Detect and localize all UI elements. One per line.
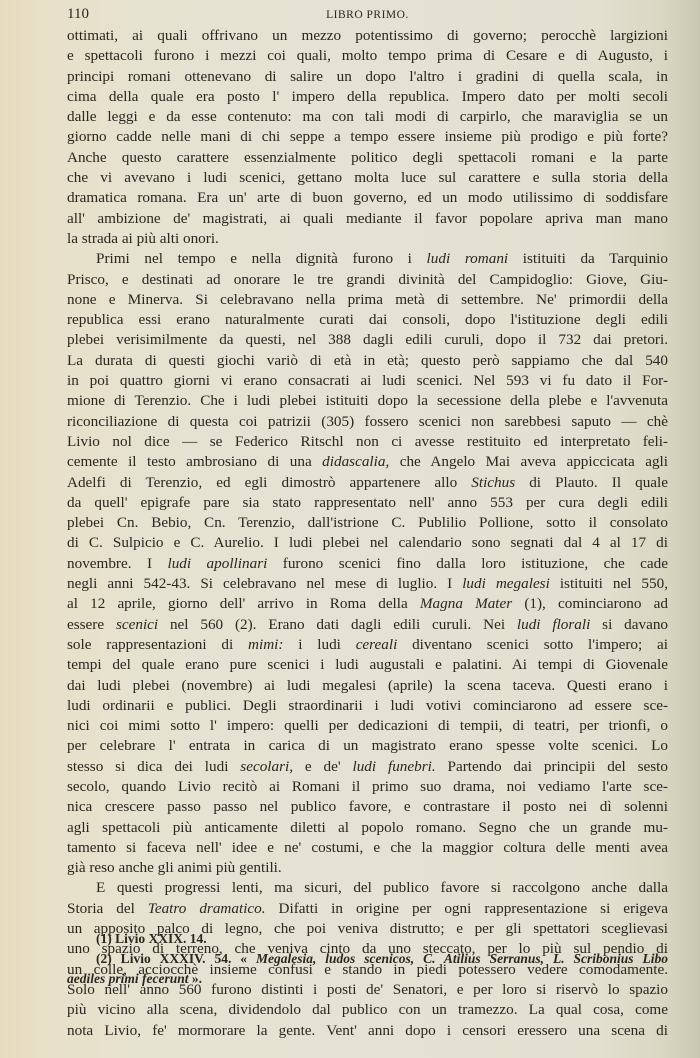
text-segment: , che Angelo Mai aveva appiccicata agli	[385, 453, 668, 470]
text-line: agli spettacoli più anticamente diletti …	[67, 818, 668, 838]
italic-text: cereali	[356, 636, 398, 653]
text-segment: cima della quale era posto l' impero del…	[67, 88, 668, 105]
text-segment: La durata di questi giochi variò di età …	[67, 352, 668, 369]
text-segment: per celebrare l' entrata in carica di un…	[67, 737, 668, 754]
text-segment: Prisco, e destinati ad onorare le tre gr…	[67, 271, 668, 288]
text-line: negli anni 542-43. Si celebravano nel me…	[67, 574, 668, 594]
text-segment: ottimati, ai quali offrivano un mezzo po…	[67, 27, 668, 44]
text-segment: Livio nol dice — se Federico Ritschl non…	[67, 433, 668, 450]
text-line: sole rappresentazioni di mimi: i ludi ce…	[67, 635, 668, 655]
text-segment: (1) Livio XXIX. 14.	[96, 931, 207, 946]
italic-text: ludi romani	[427, 250, 509, 267]
text-line: Adelfi di Terenzio, ed egli dimostrò app…	[67, 473, 668, 493]
text-line: giorno cadde nelle mani di chi seppe a t…	[67, 127, 668, 147]
text-segment: istituiti da Tarquinio	[508, 250, 668, 267]
footnotes: (1) Livio XXIX. 14.(2) Livio XXXIV. 54. …	[67, 929, 668, 989]
italic-text: aediles primi fecerunt	[67, 971, 189, 986]
running-title: LIBRO PRIMO.	[67, 9, 668, 21]
text-segment: si davano	[590, 616, 668, 633]
text-line: tempi del quale erano pure scenici i lud…	[67, 655, 668, 675]
text-line: cima della quale era posto l' impero del…	[67, 87, 668, 107]
italic-text: Stichus	[471, 474, 515, 491]
italic-text: Teatro dramatico.	[148, 900, 266, 917]
text-segment: principi romani ottenevano di salire un …	[67, 68, 668, 85]
text-segment: in poi quattro giorni vi erano consacrat…	[67, 372, 668, 389]
italic-text: scenici	[116, 616, 158, 633]
text-segment: i ludi	[283, 636, 355, 653]
text-segment: Storia del	[67, 900, 148, 917]
text-segment: di C. Sulpicio e C. Aurelio. I ludi pleb…	[67, 534, 668, 551]
body-text: ottimati, ai quali offrivano un mezzo po…	[67, 26, 668, 1041]
text-line: riconciliazione di questa coi patrizii (…	[67, 412, 668, 432]
text-segment: republica essi erano naturalmente curati…	[67, 311, 668, 328]
text-line: secolo, quando Livio recitò ai Romani il…	[67, 777, 668, 797]
text-segment: tamento si faceva nell' idee e ne' costu…	[67, 839, 668, 856]
italic-text: Megalesia, ludos scenicos, C. Atilius Se…	[256, 951, 668, 966]
text-segment: nici coi mimi sotto l' impero: quelli pe…	[67, 717, 668, 734]
text-line: stesso si dica dei ludi secolari, e de' …	[67, 757, 668, 777]
italic-text: didascalia	[322, 453, 385, 470]
text-line: Prisco, e destinati ad onorare le tre gr…	[67, 270, 668, 290]
text-segment: plebei verisimilmente da questi, nel 388…	[67, 331, 668, 348]
text-segment: di Plauto. Il quale	[515, 474, 668, 491]
text-segment: negli anni 542-43. Si celebravano nel me…	[67, 575, 462, 592]
text-line: mione di Terenzio. Che i ludi plebei ist…	[67, 391, 668, 411]
italic-text: ludi funebri.	[352, 758, 435, 775]
italic-text: ludi apollinari	[167, 555, 267, 572]
text-segment: dalle leggi e da esse contenuto: ma con …	[67, 108, 668, 125]
text-segment: ludi ordinarii e publici. Degli straordi…	[67, 697, 668, 714]
text-line: nici coi mimi sotto l' impero: quelli pe…	[67, 716, 668, 736]
text-segment: all' ambizione de' magistrati, ai quali …	[67, 210, 668, 227]
text-line: plebei Cn. Bebio, Cn. Terenzio, dall'ist…	[67, 513, 668, 533]
text-segment: ».	[189, 971, 203, 986]
text-segment: Difatti in origine per ogni rappresentaz…	[266, 900, 668, 917]
text-line: già reso anche gli animi più gentili.	[67, 858, 668, 878]
text-line: tamento si faceva nell' idee e ne' costu…	[67, 838, 668, 858]
text-segment: dai ludi plebei (novembre) ai ludi megal…	[67, 677, 668, 694]
text-segment: (1), cominciarono ad	[512, 595, 668, 612]
text-segment: Adelfi di Terenzio, ed egli dimostrò app…	[67, 474, 471, 491]
text-line: ludi ordinarii e publici. Degli straordi…	[67, 696, 668, 716]
text-segment: più vicino alla scena, dividendolo dal p…	[67, 1001, 668, 1018]
text-segment: tempi del quale erano pure scenici i lud…	[67, 656, 668, 673]
text-line: cemente il testo ambrosiano di una didas…	[67, 452, 668, 472]
text-segment: al 12 aprile, giorno dell' arrivo in Rom…	[67, 595, 420, 612]
text-line: Anche questo carattere essenzialmente po…	[67, 148, 668, 168]
text-line: Primi nel tempo e nella dignità furono i…	[67, 249, 668, 269]
text-line: per celebrare l' entrata in carica di un…	[67, 736, 668, 756]
text-line: e spettacoli furono i mezzi coi quali, m…	[67, 46, 668, 66]
text-line: nica crescere passo passo nel publico fa…	[67, 797, 668, 817]
text-segment: essere	[67, 616, 116, 633]
text-segment: E questi progressi lenti, ma sicuri, del…	[96, 879, 668, 896]
text-segment: che vi avevano i ludi scenici, gettano m…	[67, 169, 668, 186]
text-line: di C. Sulpicio e C. Aurelio. I ludi pleb…	[67, 533, 668, 553]
text-segment: nota Livio, fe' mormorare la gente. Vent…	[67, 1022, 668, 1039]
text-line: Livio nol dice — se Federico Ritschl non…	[67, 432, 668, 452]
text-line: ottimati, ai quali offrivano un mezzo po…	[67, 26, 668, 46]
text-line: dai ludi plebei (novembre) ai ludi megal…	[67, 676, 668, 696]
text-segment: istituiti nel 550,	[550, 575, 668, 592]
text-segment: la strada ai più alti onori.	[67, 230, 219, 247]
text-segment: furono scenici fino dalla loro istituzio…	[267, 555, 668, 572]
text-line: none e Minerva. Si celebravano nella pri…	[67, 290, 668, 310]
text-segment: Primi nel tempo e nella dignità furono i	[96, 250, 427, 267]
page-header: 110 LIBRO PRIMO.	[67, 6, 668, 26]
text-line: dalle leggi e da esse contenuto: ma con …	[67, 107, 668, 127]
text-line: republica essi erano naturalmente curati…	[67, 310, 668, 330]
text-line: la strada ai più alti onori.	[67, 229, 668, 249]
text-line: La durata di questi giochi variò di età …	[67, 351, 668, 371]
text-segment: cemente il testo ambrosiano di una	[67, 453, 322, 470]
text-segment: plebei Cn. Bebio, Cn. Terenzio, dall'ist…	[67, 514, 668, 531]
text-segment: mione di Terenzio. Che i ludi plebei ist…	[67, 392, 668, 409]
text-segment: dramatica romana. Era un' arte di buon g…	[67, 189, 668, 206]
footnote-line: aediles primi fecerunt ».	[67, 969, 668, 989]
text-segment: riconciliazione di questa coi patrizii (…	[67, 413, 668, 430]
footnote-line: (2) Livio XXXIV. 54. « Megalesia, ludos …	[67, 949, 668, 969]
text-segment: secolo, quando Livio recitò ai Romani il…	[67, 778, 668, 795]
text-segment: , e de'	[289, 758, 352, 775]
italic-text: ludi florali	[517, 616, 590, 633]
text-line: principi romani ottenevano di salire un …	[67, 67, 668, 87]
text-segment: agli spettacoli più anticamente diletti …	[67, 819, 668, 836]
text-line: all' ambizione de' magistrati, ai quali …	[67, 209, 668, 229]
text-line: in poi quattro giorni vi erano consacrat…	[67, 371, 668, 391]
text-segment: nel 560 (2). Erano dati dagli edili curu…	[158, 616, 517, 633]
text-segment: e spettacoli furono i mezzi coi quali, m…	[67, 47, 668, 64]
text-line: E questi progressi lenti, ma sicuri, del…	[67, 878, 668, 898]
text-segment: none e Minerva. Si celebravano nella pri…	[67, 291, 668, 308]
text-segment: Anche questo carattere essenzialmente po…	[67, 149, 668, 166]
text-line: Storia del Teatro dramatico. Difatti in …	[67, 899, 668, 919]
text-segment: stesso si dica dei ludi	[67, 758, 240, 775]
text-segment: nica crescere passo passo nel publico fa…	[67, 798, 668, 815]
italic-text: ludi megalesi	[462, 575, 550, 592]
text-line: più vicino alla scena, dividendolo dal p…	[67, 1000, 668, 1020]
italic-text: secolari	[240, 758, 289, 775]
text-segment: novembre. I	[67, 555, 167, 572]
text-segment: sole rappresentazioni di	[67, 636, 248, 653]
text-segment: (2) Livio XXXIV. 54. «	[96, 951, 256, 966]
footnote-line: (1) Livio XXIX. 14.	[67, 929, 668, 949]
text-line: dramatica romana. Era un' arte di buon g…	[67, 188, 668, 208]
text-segment: da quell' epigrafe pare sia stato rappre…	[67, 494, 668, 511]
text-segment: già reso anche gli animi più gentili.	[67, 859, 282, 876]
text-line: novembre. I ludi apollinari furono sceni…	[67, 554, 668, 574]
text-line: da quell' epigrafe pare sia stato rappre…	[67, 493, 668, 513]
text-line: plebei verisimilmente da questi, nel 388…	[67, 330, 668, 350]
text-line: nota Livio, fe' mormorare la gente. Vent…	[67, 1021, 668, 1041]
text-segment: Partendo dai principii del sesto	[436, 758, 668, 775]
italic-text: Magna Mater	[420, 595, 512, 612]
text-segment: giorno cadde nelle mani di chi seppe a t…	[67, 128, 668, 145]
text-line: che vi avevano i ludi scenici, gettano m…	[67, 168, 668, 188]
italic-text: mimi:	[248, 636, 283, 653]
text-line: essere scenici nel 560 (2). Erano dati d…	[67, 615, 668, 635]
text-segment: diventano scenici sotto l'impero; ai	[397, 636, 668, 653]
text-line: al 12 aprile, giorno dell' arrivo in Rom…	[67, 594, 668, 614]
